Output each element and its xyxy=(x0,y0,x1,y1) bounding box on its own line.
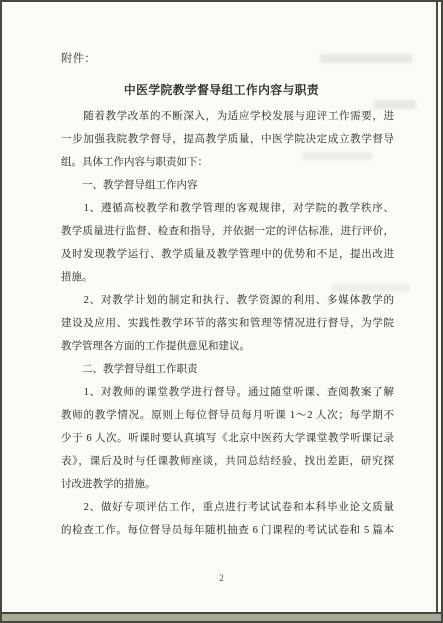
text-line: 建设及应用、实践性教学环节的落实和管理等情况进行督导，为学院 xyxy=(61,312,394,335)
text-line: 的检查工作。每位督导员每年随机抽查 6 门课程的考试试卷和 5 篇本 xyxy=(61,519,394,542)
text-line: 教学管理各方面的工作提供意见和建议。 xyxy=(61,335,394,358)
text-line: 二、教学督导组工作职责 xyxy=(61,358,394,381)
bleedthrough-artifact xyxy=(320,54,412,63)
document-title: 中医学院教学督导组工作内容与职责 xyxy=(2,81,441,98)
document-body: 随着教学改革的不断深入，为适应学校发展与迎评工作需要，进一步加强我院教学督导，提… xyxy=(61,105,394,542)
attachment-label: 附件： xyxy=(61,50,96,66)
text-line: 随着教学改革的不断深入，为适应学校发展与迎评工作需要，进 xyxy=(61,105,394,128)
text-line: 1、对教师的课堂教学进行督导。通过随堂听课、查阅教案了解 xyxy=(61,381,394,404)
text-line: 教师的教学情况。原则上每位督导员每月听课 1～2 人次；每学期不 xyxy=(61,404,394,427)
text-line: 一步加强我院教学督导，提高教学质量，中医学院决定成立教学督导 xyxy=(61,128,394,151)
text-line: 2、对教学计划的制定和执行、教学资源的利用、多媒体教学的 xyxy=(61,289,394,312)
page-number: 2 xyxy=(2,573,441,583)
scan-edge-bottom xyxy=(2,612,441,621)
scanned-document-page: 附件： 中医学院教学督导组工作内容与职责 随着教学改革的不断深入，为适应学校发展… xyxy=(0,0,443,623)
text-line: 表》，课后及时与任课教师座谈，共同总结经验，找出差距，研究探 xyxy=(61,450,394,473)
text-line: 教学质量进行监督、检查和指导，并依据一定的评估标准，进行评价， xyxy=(61,220,394,243)
text-line: 2、做好专项评估工作，重点进行考试试卷和本科毕业论文质量 xyxy=(61,496,394,519)
text-line: 一、教学督导组工作内容 xyxy=(61,174,394,197)
text-line: 措施。 xyxy=(61,266,394,289)
text-line: 讨改进教学的措施。 xyxy=(61,473,394,496)
text-line: 1、遵循高校教学和教学管理的客观规律，对学院的教学秩序、 xyxy=(61,197,394,220)
text-line: 少于 6 人次。听课时要认真填写《北京中医药大学课堂教学听课记录 xyxy=(61,427,394,450)
scan-edge-right xyxy=(436,2,438,614)
text-line: 及时发现教学运行、教学质量及教学管理中的优势和不足，提出改进 xyxy=(61,243,394,266)
text-line: 组。具体工作内容与职责如下： xyxy=(61,151,394,174)
